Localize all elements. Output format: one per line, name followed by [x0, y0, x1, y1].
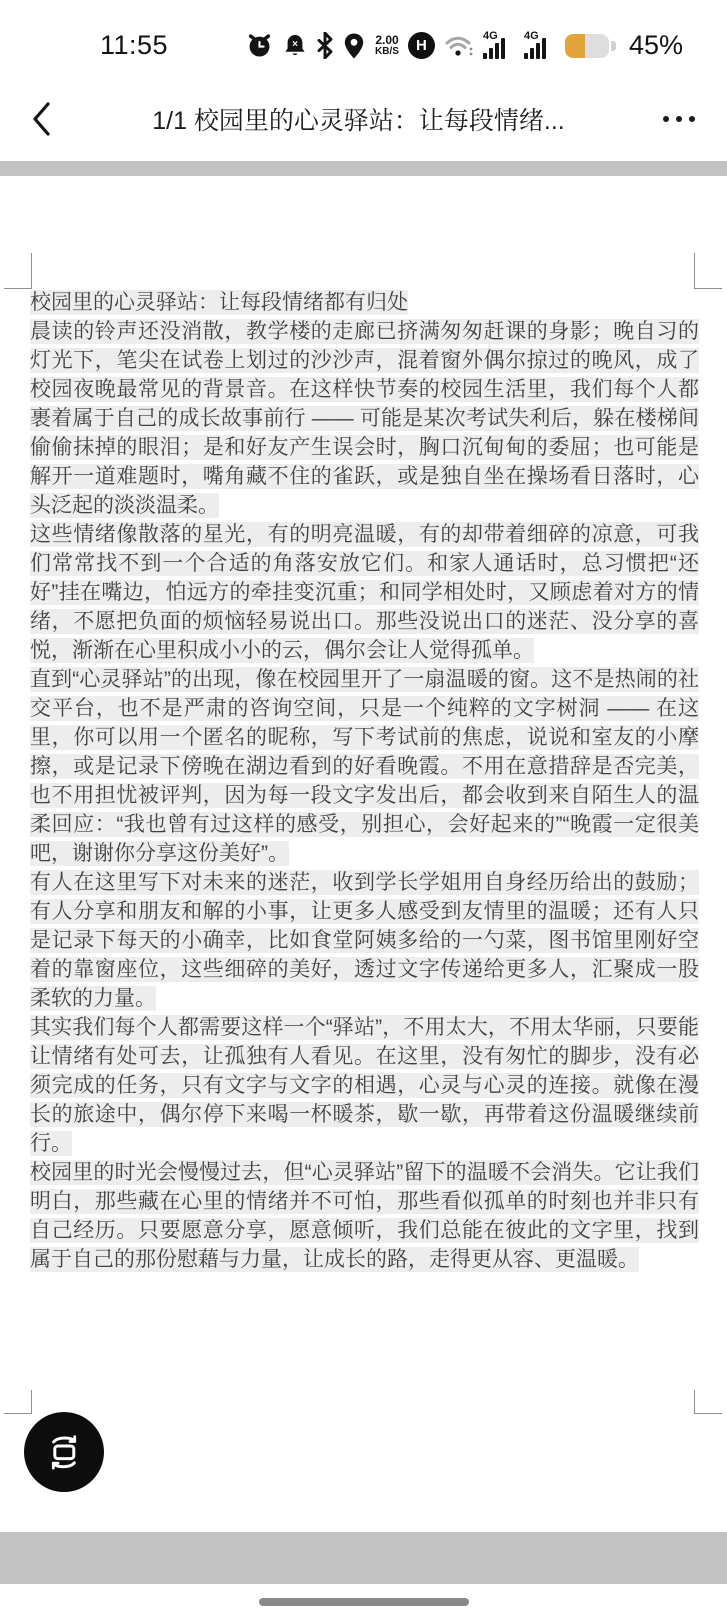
network-speed-unit: KB/S: [375, 47, 399, 57]
document-page[interactable]: 校园里的心灵驿站：让每段情绪都有归处 晨读的铃声还没消散，教学楼的走廊已挤满匆匆…: [0, 176, 727, 1532]
battery-fill: [565, 34, 585, 58]
status-icons: × 2.00 KB/S H: [246, 30, 683, 61]
h-badge-icon: H: [408, 32, 435, 59]
network-speed-value: 2.00: [375, 34, 398, 46]
wifi-icon: [444, 33, 474, 59]
status-time: 11:55: [100, 30, 168, 61]
doc-paragraph: 这些情绪像散落的星光，有的明亮温暖，有的却带着细碎的凉意，可我们常常找不到一个合…: [30, 520, 699, 665]
document-nav-title: 1/1 校园里的心灵驿站：让每段情绪...: [56, 101, 661, 137]
alarm-clock-icon: [246, 32, 273, 59]
status-bar: 11:55 ×: [0, 0, 727, 85]
text-boundary-mark-top-left: [4, 253, 32, 289]
doc-paragraph: 直到“心灵驿站”的出现，像在校园里开了一扇温暖的窗。这不是热闹的社交平台，也不是…: [30, 665, 699, 868]
chevron-left-icon: [30, 101, 52, 137]
doc-paragraph: 晨读的铃声还没消散，教学楼的走廊已挤满匆匆赶课的身影；晚自习的灯光下，笔尖在试卷…: [30, 317, 699, 520]
battery-icon: [565, 34, 616, 58]
phone-screen: 11:55 ×: [0, 0, 727, 1618]
more-menu-button[interactable]: [661, 110, 697, 128]
svg-text:×: ×: [292, 39, 298, 50]
page-gap-top: [0, 161, 727, 176]
page-gap-bottom: [0, 1532, 727, 1584]
document-body: 校园里的心灵驿站：让每段情绪都有归处 晨读的铃声还没消散，教学楼的走廊已挤满匆匆…: [30, 288, 699, 1274]
text-boundary-mark-top-right: [694, 253, 722, 289]
location-icon: [342, 32, 366, 60]
rotate-screen-icon: [41, 1429, 87, 1475]
rotate-screen-button[interactable]: [24, 1412, 104, 1492]
doc-paragraph: 有人在这里写下对未来的迷茫，收到学长学姐用自身经历给出的鼓励；有人分享和朋友和解…: [30, 868, 699, 1013]
document-title: 校园里的心灵驿站：让每段情绪都有归处: [30, 288, 699, 317]
nav-bar: 1/1 校园里的心灵驿站：让每段情绪...: [0, 85, 727, 152]
notifications-muted-bell-icon: ×: [282, 32, 308, 59]
battery-percent: 45%: [629, 30, 683, 61]
doc-paragraph: 校园里的时光会慢慢过去，但“心灵驿站”留下的温暖不会消失。它让我们明白，那些藏在…: [30, 1158, 699, 1274]
doc-paragraph: 其实我们每个人都需要这样一个“驿站”，不用太大，不用太华丽，只要能让情绪有处可去…: [30, 1013, 699, 1158]
text-boundary-mark-bottom-right: [694, 1390, 722, 1414]
text-boundary-mark-bottom-left: [4, 1390, 32, 1414]
signal-4g-icon-1: 4G: [483, 32, 515, 60]
signal-4g-icon-2: 4G: [524, 32, 556, 60]
more-horizontal-icon: [663, 116, 669, 122]
gesture-nav-area: [0, 1584, 727, 1618]
back-button[interactable]: [30, 100, 56, 138]
bluetooth-icon: [317, 32, 333, 59]
network-speed: 2.00 KB/S: [375, 34, 399, 57]
home-indicator[interactable]: [259, 1598, 469, 1606]
